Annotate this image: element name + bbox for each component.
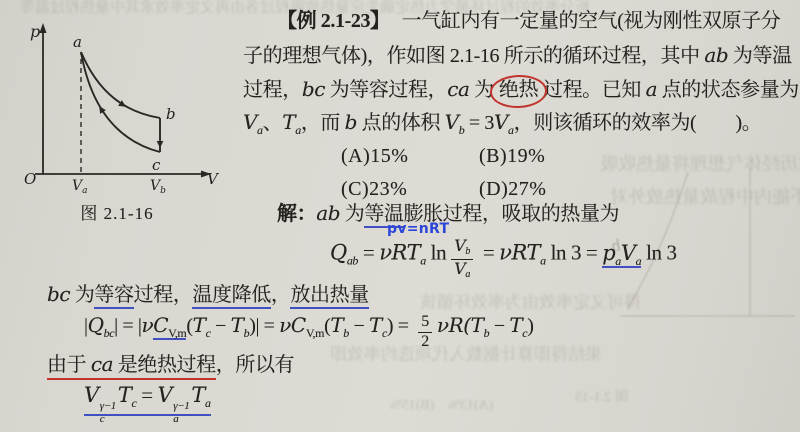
bleedthrough-options: (A)13% (B)15% — [390, 394, 493, 414]
eq-text: ln 3 = — [546, 241, 602, 265]
var-V: V — [445, 110, 459, 134]
var-C: C — [153, 313, 168, 337]
sub-Vm: V,m — [168, 326, 186, 340]
var-ca: ca — [447, 77, 469, 101]
blue-underlined-word: 温度降低 — [192, 284, 270, 309]
blue-underlined-word: 等容 — [94, 284, 133, 309]
var-T: T — [330, 313, 343, 337]
blue-underlined-group: paVa — [602, 241, 641, 268]
var-Q: Q — [330, 241, 347, 265]
blue-underlined-equation: Vγ−1cTc = Vγ−1aTa — [84, 383, 211, 416]
eq-text: ln 3 — [641, 241, 676, 265]
var-nuRT: νRT — [499, 241, 540, 265]
var-V: V — [84, 383, 99, 407]
problem-text: 一气缸内有一定量的空气(视为刚性双原子分 — [402, 10, 781, 32]
tick-va-sub: a — [82, 186, 87, 196]
var-V: V — [621, 241, 636, 265]
var-V: V — [158, 383, 173, 407]
point-label-a: a — [73, 33, 82, 51]
sup-sub-stack: γ−1a — [173, 401, 189, 425]
option-d: (D)27% — [479, 178, 546, 201]
eq-text: )| = — [249, 315, 279, 337]
var-V: V — [243, 110, 257, 134]
fraction-5-2: 52 — [418, 314, 432, 351]
eq-text: = — [136, 383, 157, 407]
exp-gamma: γ−1 — [100, 401, 116, 412]
minus: − — [349, 315, 369, 337]
numerator: Vb — [451, 238, 473, 260]
sub-b: b — [465, 246, 470, 257]
problem-line-2: 子的理想气体)，作如图 2.1-16 所示的循环过程，其中 ab 为等温 — [243, 42, 792, 69]
problem-text: 为等温 — [728, 45, 791, 67]
problem-text: 过程， — [243, 79, 302, 101]
origin-label: O — [24, 170, 36, 188]
numerator: 5 — [418, 314, 432, 333]
var-T: T — [118, 383, 132, 407]
var-T: T — [369, 313, 382, 337]
var-ca: ca — [91, 352, 113, 376]
solution-text: 为 — [70, 284, 94, 306]
paren: ) — [527, 315, 533, 337]
solution-text: 是绝热过程 — [113, 354, 216, 376]
red-circle-annotation: 绝热 — [489, 74, 547, 109]
blue-underlined-group: CV,m — [153, 315, 186, 340]
solution-text: ，所以有 — [216, 354, 294, 376]
equation-qab: Qab = νRTa lnVbVa = νRTa ln 3 = paVa ln … — [330, 238, 677, 280]
solution-text: 由于 — [47, 354, 91, 376]
eq-text: = — [358, 241, 379, 265]
tick-label-vb: Vb — [150, 178, 166, 196]
figure-caption: 图 2.1-16 — [52, 199, 182, 224]
eq-text: | = | — [114, 315, 141, 337]
sub-a: a — [205, 396, 211, 410]
equation-qbc: |Qbc| = |νCV,m(Tc − Tb)| = νCV,m(Tb − Tc… — [84, 312, 533, 351]
var-nuRT: νRT — [379, 241, 420, 265]
problem-text: 点的状态参量为 — [657, 79, 800, 101]
problem-text: 点的体积 — [357, 112, 445, 134]
solution-line-3: 由于 ca 是绝热过程，所以有 — [47, 351, 294, 378]
solution-text: 过程， — [134, 284, 193, 306]
sub-bc: bc — [104, 326, 115, 340]
var-V: V — [494, 110, 508, 134]
pv-diagram: p V O a b c Va Vb — [0, 0, 230, 232]
problem-line-1: 【例 2.1-23】一气缸内有一定量的空气(视为刚性双原子分 — [277, 8, 780, 34]
circled-word: 绝热 — [498, 78, 538, 101]
solution-text: 为 — [340, 203, 364, 225]
var-a: a — [646, 77, 658, 101]
var-T: T — [193, 313, 206, 337]
point-label-b: b — [166, 105, 176, 123]
problem-text: 子的理想气体)，作如图 2.1-16 所示的循环过程，其中 — [243, 45, 704, 67]
p-axis-arrow-icon — [40, 23, 47, 33]
tick-label-va: Va — [72, 178, 88, 196]
minus: − — [489, 315, 509, 337]
var-b: b — [345, 110, 357, 134]
var-C: C — [291, 313, 306, 337]
problem-text: ，而 — [301, 112, 345, 134]
blue-underlined-word: 放出热量 — [290, 284, 368, 309]
problem-text: 、 — [263, 112, 283, 134]
var-ab: ab — [316, 201, 340, 225]
eq-text: ) = — [387, 315, 413, 337]
option-c: (C)23% — [341, 178, 407, 201]
equation-adiabat: Vγ−1cTc = Vγ−1aTa — [84, 382, 211, 425]
bleedthrough-figure-label: 图 2.1-15 — [575, 386, 629, 406]
solution-line-2: bc 为等容过程，温度降低，放出热量 — [47, 281, 369, 308]
var-nu: ν — [279, 313, 291, 337]
var-ab: ab — [704, 43, 728, 67]
var-V: V — [454, 259, 465, 278]
problem-line-4: Va、Ta，而 b 点的体积 Vb = 3Va，则该循环的效率为( )。 — [243, 109, 761, 139]
var-T: T — [191, 383, 205, 407]
var-T: T — [471, 313, 484, 337]
minus: − — [211, 315, 231, 337]
exp-gamma: γ−1 — [173, 401, 189, 412]
var-p: p — [602, 241, 615, 265]
textbook-page: 析分率效的程过环循学力热定确先应量热放吸程过各由再义定率效求其中量热程过温等 程… — [0, 0, 800, 432]
var-nu: ν — [141, 313, 153, 337]
point-label-c: c — [152, 156, 161, 174]
sup-sub-stack: γ−1c — [100, 401, 116, 425]
denominator: Va — [451, 260, 473, 281]
problem-line-3: 过程，bc 为等容过程，ca 为绝热过程。已知 a 点的状态参量为 pa、 — [243, 75, 800, 108]
sub-a: a — [465, 269, 470, 280]
axis-label-p: p — [30, 22, 40, 41]
sub-c: c — [100, 414, 104, 425]
arrow-bc-icon — [157, 141, 164, 148]
pen-annotation: pv=nRT — [387, 221, 449, 237]
var-T: T — [282, 110, 295, 134]
problem-text: 过程。已知 — [543, 79, 646, 101]
solve-label: 解： — [277, 203, 316, 225]
denominator: 2 — [418, 333, 432, 351]
fraction-vb-va: VbVa — [451, 238, 473, 280]
isotherm-ab-curve — [81, 52, 160, 118]
eq-text: = — [478, 241, 499, 265]
red-underlined-group: 由于 ca 是绝热过程 — [47, 354, 216, 380]
var-V: V — [454, 236, 465, 255]
var-nuR: νR( — [437, 313, 471, 337]
sub-Vm: V,m — [306, 326, 324, 340]
sub-ab: ab — [347, 254, 358, 268]
tick-vb-sub: b — [160, 186, 166, 196]
example-tag: 【例 2.1-23】 — [277, 10, 390, 32]
var-bc: bc — [302, 77, 325, 101]
var-T: T — [231, 313, 244, 337]
sub-a: a — [173, 414, 178, 425]
problem-text: ，则该循环的效率为( )。 — [514, 112, 762, 134]
axis-label-v: V — [207, 170, 220, 188]
option-b: (B)19% — [479, 145, 545, 168]
var-Q: Q — [88, 313, 104, 337]
var-bc: bc — [47, 282, 70, 306]
equals-3: = 3 — [464, 112, 494, 134]
eq-text: ln — [426, 241, 446, 265]
option-a: (A)15% — [341, 145, 408, 168]
solution-text: ， — [271, 284, 291, 306]
var-T: T — [509, 313, 522, 337]
problem-text: 为等容过程， — [325, 79, 447, 101]
